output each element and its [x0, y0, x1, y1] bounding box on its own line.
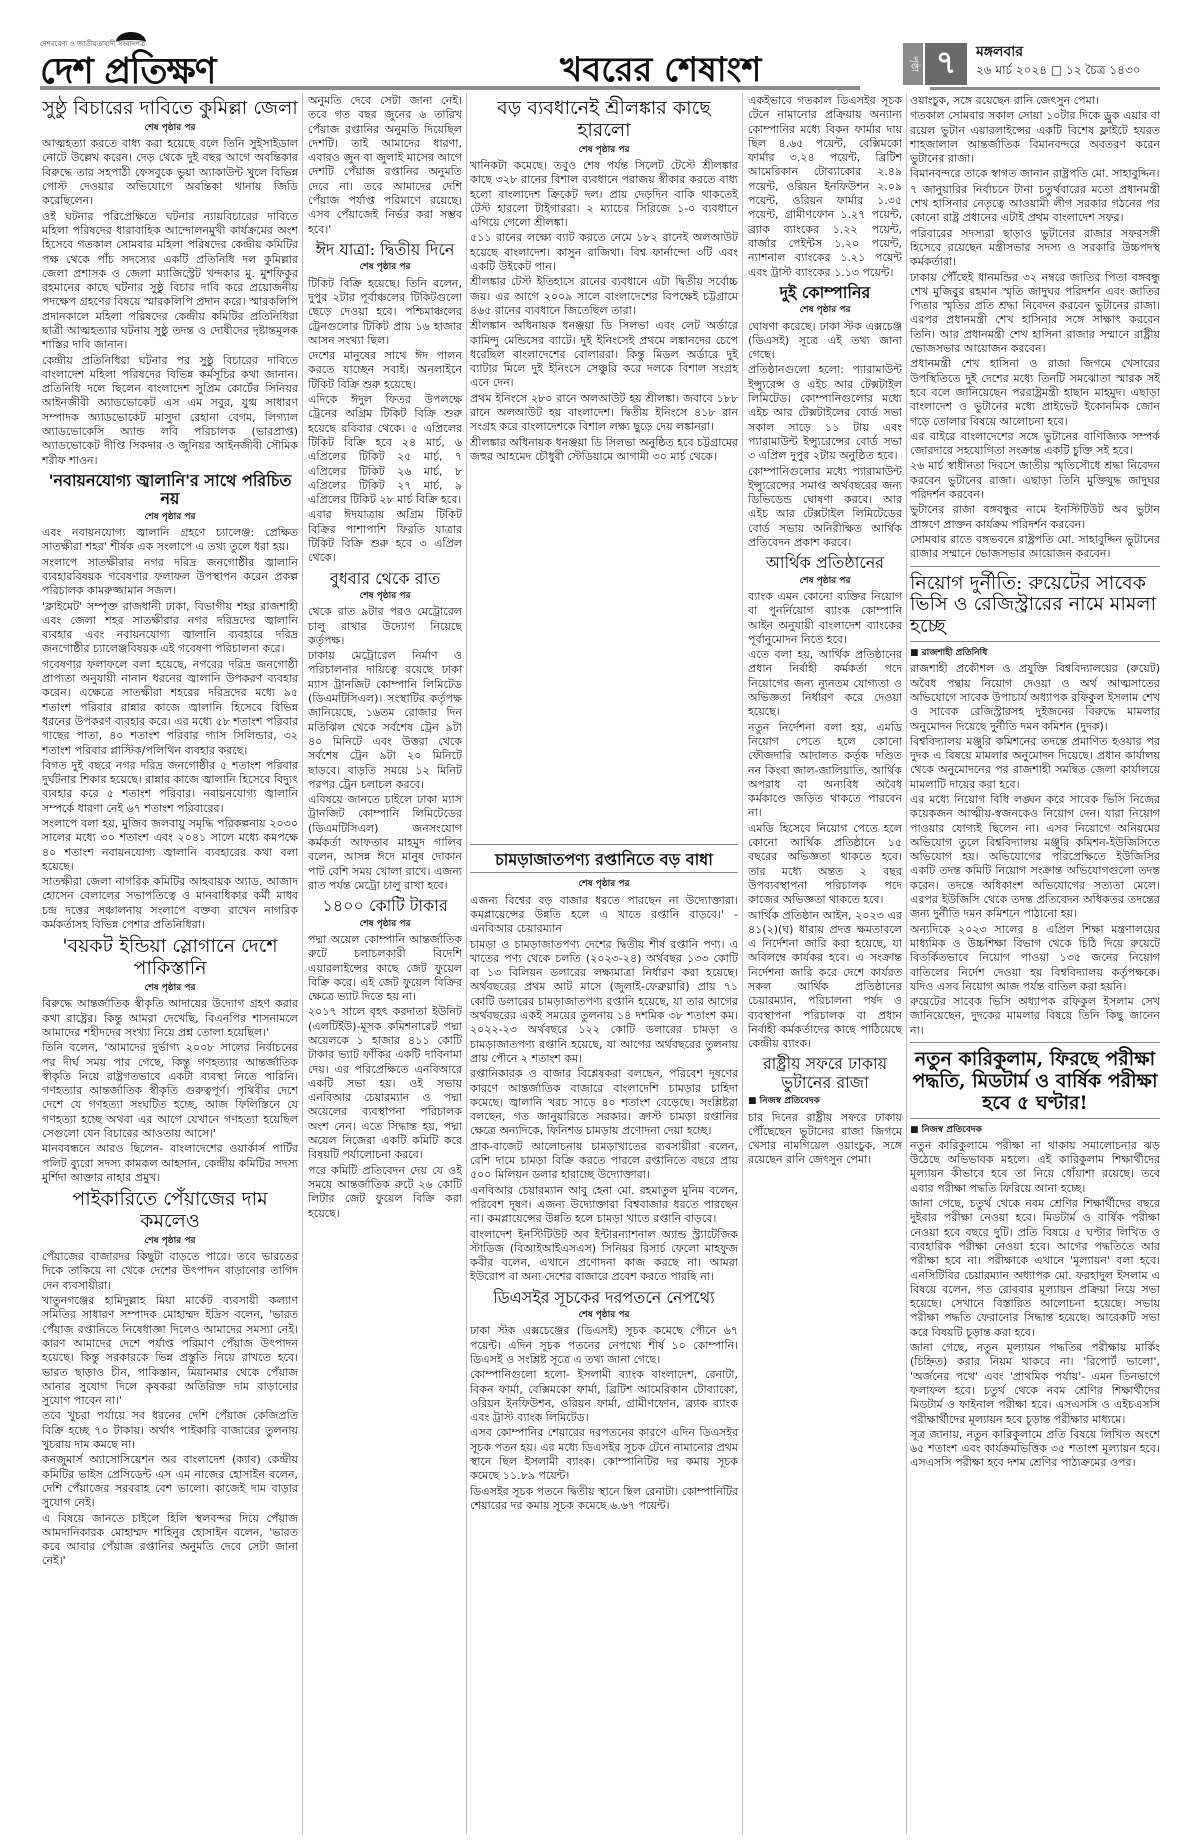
column-3-lower: চামড়াজাতপণ্য রপ্তানিতে বড় বাধা শেষ পৃষ… [470, 840, 738, 1514]
paragraph: দেশের মানুষের সাথে ঈদ পালন করতে যাচ্ছেন … [308, 349, 462, 392]
article-two-companies: দুই কোম্পানির শেষ পৃষ্ঠার পর ঘোষণা করেছে… [748, 284, 902, 550]
paragraph: প্রতিষ্ঠানগুলো হলো: প্যারামাউন্ট ইন্স্যু… [748, 363, 902, 463]
paragraph: আত্মহত্যা করতে বাধ্য করা হয়েছে বলে তিনি… [42, 137, 298, 208]
issue-date: ২৬ মার্চ ২০২৪ □ ১২ চৈত্র ১৪৩০ [976, 62, 1141, 82]
continued-label: শেষ পৃষ্ঠার পর [308, 260, 462, 274]
paragraph: মানববন্ধনে আরও ছিলেন- বাংলাদেশের ওয়ার্ক… [42, 1142, 298, 1185]
paragraph: ওই ঘটনার পরিপ্রেক্ষিতে ঘটনার ন্যায়বিচার… [42, 210, 298, 353]
column-divider [906, 94, 907, 1834]
paragraph: এতে বলা হয়, আর্থিক প্রতিষ্ঠানের প্রধান … [748, 648, 902, 719]
paragraph: এর বাইরে বাংলাদেশের সঙ্গে ভুটানের বাণিজ্… [910, 430, 1160, 459]
paragraph: একইভাবে গতকাল ডিএসইর সূচক টেনে নামানোর প… [748, 94, 902, 280]
headline[interactable]: 'নবায়নযোগ্য জ্বালানি'র সাথে পরিচিত নয় [42, 472, 298, 509]
paragraph: সাতক্ষীরা জেলা নাগরিক কমিটির আহবায়ক অ্য… [42, 875, 298, 932]
headline-box: চামড়াজাতপণ্য রপ্তানিতে বড় বাধা [470, 844, 738, 873]
article-eid: ঈদ যাত্রা: দ্বিতীয় দিনে শেষ পৃষ্ঠার পর … [308, 241, 462, 566]
masthead-rule-right [930, 87, 1160, 90]
paragraph: রপ্তানিকারক ও বাজার বিশ্লেষকরা বলছেন, পর… [470, 1067, 738, 1138]
article-boycott: 'বয়কট ইন্ডিয়া স্লোগানে দেশে পাকিস্তানি… [42, 936, 298, 1185]
paragraph: খানিকটা কমেছে। তবুও শেষ পর্যন্ত সিলেট টে… [470, 159, 738, 230]
paragraph: এর মধ্যে নিয়োগ বিধি লঙ্ঘন করে সাবেক ভিস… [910, 793, 1160, 922]
headline[interactable]: বুধবার থেকে রাত [308, 570, 462, 588]
headline[interactable]: রাষ্ট্রীয় সফরে ঢাকায় ভুটানের রাজা [748, 1055, 902, 1092]
paragraph: বিমানবন্দরে তাকে স্বাগত জানান রাষ্ট্রপতি… [910, 167, 1160, 181]
paragraph: বিশ্ববিদ্যালয় মঞ্জুরি কমিশনের তদন্তে প্… [910, 735, 1160, 792]
continued-label: শেষ পৃষ্ঠার পর [308, 917, 462, 931]
paragraph: বাংলাদেশ ইনস্টিটিউট অব ইন্টারন্যাশনাল অ্… [470, 1228, 738, 1285]
masthead-rule-left [40, 86, 530, 90]
paragraph: কোম্পানিগুলো হলো- ইসলামী ব্যাংক বাংলাদেশ… [470, 1368, 738, 1425]
paragraph: পরিবারের সদস্যরা ছাড়াও ভুটানের রাজার সফ… [910, 227, 1160, 270]
headline[interactable]: নিয়োগ দুর্নীতি: রুয়েটের সাবেক ভিসি ও র… [910, 573, 1160, 639]
headline[interactable]: আর্থিক প্রতিষ্ঠানের [748, 554, 902, 572]
paragraph: প্রথম ইনিংসে ২৮০ রানে অলআউট হয় শ্রীলঙ্ক… [470, 392, 738, 435]
masthead: দেশবরেণ্য ও জাতীয়তাবাদী সংবাদপত্র দেশ প… [40, 38, 1160, 86]
paragraph: এ বিষয়ে জানতে চাইলে হিলি স্থলবন্দর দিয়… [42, 1512, 298, 1569]
paragraph: এমডি হিসেবে নিয়োগ পেতে হলে কোনো আর্থিক … [748, 822, 902, 908]
article-dse-continued: একইভাবে গতকাল ডিএসইর সূচক টেনে নামানোর প… [748, 94, 902, 280]
paragraph: সূত্র জানায়, নতুন কারিকুলামে প্রতি বিষয… [910, 1428, 1160, 1471]
headline[interactable]: ডিএসইর সূচকের দরপতনে নেপথ্যে [470, 1289, 738, 1307]
column-divider [302, 94, 303, 1834]
issue-day: মঙ্গলবার [976, 40, 1023, 64]
paragraph: নতুন কারিকুলামে পরীক্ষা না থাকায় সমালোচ… [910, 1139, 1160, 1196]
column-4: একইভাবে গতকাল ডিএসইর সূচক টেনে নামানোর প… [748, 94, 902, 1169]
paragraph: এজন্য বিশ্বের বড় বাজার ধরতে পারছেন না উ… [470, 894, 738, 937]
column-divider [466, 94, 467, 1834]
article-onion: পাইকারিতে পেঁয়াজের দাম কমলেও শেষ পৃষ্ঠা… [42, 1189, 298, 1569]
continued-label: শেষ পৃষ্ঠার পর [470, 143, 738, 157]
paragraph: জানা গেছে, চতুর্থ থেকে নবম শ্রেণির শিক্ষ… [910, 1197, 1160, 1340]
paragraph: বিরুদ্ধে আন্তর্জাতিক স্বীকৃতি আদায়ের উদ… [42, 997, 298, 1040]
paragraph: বিগত দুই বছরে নগর দরিদ্র জনগোষ্ঠীর ৫ শতা… [42, 759, 298, 816]
column-2: অনুমতি দেবে সেটা জানা নেই। তবে গত বছর জু… [308, 94, 462, 1222]
article-ruet: নিয়োগ দুর্নীতি: রুয়েটের সাবেক ভিসি ও র… [910, 566, 1160, 1039]
paragraph: অন্যদিকে ২০২৩ সালের ৪ এপ্রিল শিক্ষা মন্ত… [910, 923, 1160, 994]
byline: নিজস্ব প্রতিবেদক [748, 1094, 902, 1108]
continued-label: শেষ পৃষ্ঠার পর [470, 877, 738, 891]
column-3: এজন্য বিশ্বের বড় বাজার ধরতে পারছেন না উ… [470, 94, 738, 465]
headline[interactable]: ঈদ যাত্রা: দ্বিতীয় দিনে [308, 241, 462, 259]
paragraph: ঢাকা স্টক এক্সচেঞ্জের (ডিএসই) সূচক কমেছে… [470, 1324, 738, 1367]
continued-label: শেষ পৃষ্ঠার পর [748, 303, 902, 317]
paragraph: ব্যাংক এমন কোনো ব্যক্তির নিয়োগ বা পুনর্… [748, 590, 902, 647]
paragraph: কেন্দ্রীয় প্রতিনিধিরা ঘটনার পর সুষ্ঠু ব… [42, 354, 298, 468]
paragraph: সংলাপে সাতক্ষীরার নগর দরিদ্র জনগোষ্ঠীর জ… [42, 556, 298, 599]
continued-label: শেষ পৃষ্ঠার পর [748, 574, 902, 588]
paragraph: গবেষণার ফলাফলে বলা হয়েছে, নগরের দরিদ্র … [42, 658, 298, 758]
headline[interactable]: পাইকারিতে পেঁয়াজের দাম কমলেও [42, 1189, 298, 1233]
byline: রাজশাহী প্রতিনিধি [910, 646, 1160, 660]
headline[interactable]: চামড়াজাতপণ্য রপ্তানিতে বড় বাধা [470, 851, 738, 869]
paragraph: 'ক্লাইমেট' সম্পৃক্ত রাজধানী ঢাকা, বিভাগী… [42, 600, 298, 657]
paragraph: ঢাকায় মেট্রোরেল নির্মাণ ও পরিচালনার দায… [308, 649, 462, 792]
paragraph: আর্থিক প্রতিষ্ঠান আইন, ২০২৩ এর ৪১(২)(ঘ) … [748, 909, 902, 1052]
paragraph: এসব কোম্পানির শেয়ারের দরপতনের কারণে এদি… [470, 1426, 738, 1483]
continued-label: শেষ পৃষ্ঠার পর [470, 1308, 738, 1322]
headline[interactable]: 'বয়কট ইন্ডিয়া স্লোগানে দেশে পাকিস্তানি [42, 936, 298, 980]
continued-label: শেষ পৃষ্ঠার পর [42, 1234, 298, 1248]
masthead-rule-mid [530, 86, 860, 90]
paragraph: কোম্পানিগুলোর মধ্যে প্যারামাউন্ট ইন্স্যু… [748, 465, 902, 551]
paragraph: অনুমতি দেবে সেটা জানা নেই। তবে গত বছর জু… [308, 94, 462, 237]
paragraph: ওয়াংচুক, সঙ্গে রয়েছেন রানি জেৎসুন পেমা… [910, 94, 1160, 108]
paragraph: রুয়েটের সাবেক ভিসি অধ্যাপক রফিকুল ইসলাম… [910, 995, 1160, 1038]
paragraph: খাতুনগঞ্জের হামিদুল্লাহ মিয়া মার্কেট ব্… [42, 1294, 298, 1408]
paragraph: টিকিট বিক্রি হয়েছে। তিনি বলেন, দুপুর ২ট… [308, 277, 462, 348]
article-bhutan-continued: ওয়াংচুক, সঙ্গে রয়েছেন রানি জেৎসুন পেমা… [910, 94, 1160, 562]
headline[interactable]: নতুন কারিকুলাম, ফিরছে পরীক্ষা পদ্ধতি, মি… [910, 1049, 1160, 1115]
headline[interactable]: দুই কোম্পানির [748, 284, 902, 302]
paragraph: পরে কমিটি প্রতিবেদন দেয় যে ওই সময়ে আন্… [308, 1164, 462, 1221]
paragraph: পদ্মা অয়েল কোম্পানি আন্তর্জাতিক রুটে চল… [308, 933, 462, 1004]
paragraph: ঘোষণা করেছে। ঢাকা স্টক এক্সচেঞ্জ (ডিএসই)… [748, 320, 902, 363]
headline-box: নতুন কারিকুলাম, ফিরছে পরীক্ষা পদ্ধতি, মি… [910, 1042, 1160, 1119]
article-leather: চামড়াজাতপণ্য রপ্তানিতে বড় বাধা শেষ পৃষ… [470, 844, 738, 1285]
column-divider [742, 94, 743, 1834]
continued-label: শেষ পৃষ্ঠার পর [42, 121, 298, 135]
paragraph: শ্রীলঙ্কার অধিনায়ক ধনঞ্জয়া ডি সিলভা অন… [470, 436, 738, 465]
article-metro: বুধবার থেকে রাত শেষ পৃষ্ঠার পর থেকে রাত … [308, 570, 462, 894]
headline[interactable]: সুষ্ঠু বিচারের দাবিতে কুমিল্লা জেলা [42, 98, 298, 120]
page-number: ৭ [925, 43, 967, 85]
paragraph: সোমবার রাতে বঙ্গভবনে রাষ্ট্রপতি মো. সাহা… [910, 533, 1160, 562]
paragraph: ভুটানের রাজা বঙ্গবন্ধুর নামে ইনস্টিটিউট … [910, 503, 1160, 532]
paragraph: শ্রীলঙ্কার টেস্ট ইতিহাসে রানের ব্যবধানে … [470, 275, 738, 318]
paragraph: নতুন নির্দেশনা বলা হয়, এমডি নিয়োগ পেতে… [748, 721, 902, 821]
continued-label: শেষ পৃষ্ঠার পর [308, 589, 462, 603]
headline-box: নিয়োগ দুর্নীতি: রুয়েটের সাবেক ভিসি ও র… [910, 566, 1160, 643]
byline: নিজস্ব প্রতিবেদক [910, 1123, 1160, 1137]
paragraph: তবে খুচরা পর্যায়ে সব ধরনের দেশি পেঁয়াজ… [42, 1409, 298, 1452]
column-5: ওয়াংচুক, সঙ্গে রয়েছেন রানি জেৎসুন পেমা… [910, 94, 1160, 1472]
article-srilanka: এজন্য বিশ্বের বড় বাজার ধরতে পারছেন না উ… [470, 98, 738, 464]
paragraph: প্রাক-বাজেট আলোচনায় চামড়াখাতের ব্যবসায… [470, 1140, 738, 1183]
paragraph: প্রধানমন্ত্রী শেখ হাসিনা ও রাজা জিগমে খে… [910, 357, 1160, 428]
paragraph: পেঁয়াজের বাজারদর কিছুটা বাড়তে পারে। তব… [42, 1250, 298, 1293]
paragraph: রাজশাহী প্রকৌশল ও প্রযুক্তি বিশ্ববিদ্যাল… [910, 662, 1160, 733]
article-comilla: সুষ্ঠু বিচারের দাবিতে কুমিল্লা জেলা শেষ … [42, 98, 298, 468]
section-title: খবরের শেষাংশ [560, 44, 761, 101]
continued-label: শেষ পৃষ্ঠার পর [42, 510, 298, 524]
continued-label: শেষ পৃষ্ঠার পর [42, 981, 298, 995]
column-1: সুষ্ঠু বিচারের দাবিতে কুমিল্লা জেলা শেষ … [42, 94, 298, 1570]
paragraph: তিনি বলেন, 'আমাদের দুর্ভাগ্য ২০০৮ সালের … [42, 1041, 298, 1141]
paragraph: এবার ঈদযাত্রায় অগ্রিম টিকিট বিক্রির পাশ… [308, 508, 462, 565]
paragraph: থেকে রাত ৯টার পরও মেট্রোরেল চালু রাখার উ… [308, 605, 462, 648]
paragraph: চার দিনের রাষ্ট্রীয় সফরে ঢাকায় পৌঁছেছে… [748, 1111, 902, 1168]
headline[interactable]: ১৪০০ কোটি টাকার [308, 897, 462, 915]
headline[interactable]: বড় ব্যবধানেই শ্রীলঙ্কার কাছে হারলো [470, 98, 738, 142]
paragraph: চামড়া ও চামড়াজাতপণ্য দেশের দ্বিতীয় শী… [470, 938, 738, 1067]
paragraph: কনজুমার্স অ্যাসোসিয়েশন অব বাংলাদেশ (ক্য… [42, 1453, 298, 1510]
paragraph: জানা গেছে, নতুন মূল্যায়ন পদ্ধতির পরীক্ষ… [910, 1341, 1160, 1427]
paragraph: ৫১১ রানের লক্ষ্যে ব্যাট করতে নেমে ১৮২ রা… [470, 231, 738, 274]
paragraph: শ্রীলঙ্কান অধিনায়ক ধনঞ্জয়া ডি সিলভা এব… [470, 319, 738, 390]
article-bhutan: রাষ্ট্রীয় সফরে ঢাকায় ভুটানের রাজা নিজস… [748, 1055, 902, 1167]
article-fuel: 'নবায়নযোগ্য জ্বালানি'র সাথে পরিচিত নয় … [42, 472, 298, 932]
paragraph: এবং নবায়নযোগ্য জ্বালানি গ্রহণে চ্যালেঞ্… [42, 526, 298, 555]
paragraph: ২০১৭ সালে বৃহৎ করদাতা ইউনিট (এলটিইউ)-মূস… [308, 1005, 462, 1162]
article-onion-continued: অনুমতি দেবে সেটা জানা নেই। তবে গত বছর জু… [308, 94, 462, 237]
article-dse: ডিএসইর সূচকের দরপতনে নেপথ্যে শেষ পৃষ্ঠার… [470, 1289, 738, 1514]
paragraph: ডিএসইর সূচক পতনে দ্বিতীয় স্থানে ছিল রেন… [470, 1485, 738, 1514]
article-vat: ১৪০০ কোটি টাকার শেষ পৃষ্ঠার পর পদ্মা অয়… [308, 897, 462, 1221]
paragraph: এনবিআর চেয়ারম্যান আবু হেনা মো. রহমাতুল … [470, 1184, 738, 1227]
paragraph: এবিষয়ে জানতে চাইলে ঢাকা ম্যাস ট্রানজিট … [308, 793, 462, 893]
page-label: পৃষ্ঠা [903, 43, 923, 85]
paragraph: গতকাল সোমবার সকাল সোয়া ১০টার দিকে ড্রুক… [910, 109, 1160, 166]
paragraph: ২৬ মার্চ স্বাধীনতা দিবসে জাতীয় স্মৃতিসৌ… [910, 459, 1160, 502]
paragraph: ঢাকায় পৌঁছেই ধানমন্ডির ৩২ নম্বরে জাতির … [910, 271, 1160, 357]
paragraph: ৭ জানুয়ারির নির্বাচনে টানা চতুর্থবারের … [910, 183, 1160, 226]
article-financial: আর্থিক প্রতিষ্ঠানের শেষ পৃষ্ঠার পর ব্যাং… [748, 554, 902, 1051]
paragraph: এদিকে ঈদুল ফিতর উপলক্ষে ট্রেনের অগ্রিম ট… [308, 393, 462, 507]
paragraph: সংলাপে বলা হয়, মুজিব জলবায়ু সমৃদ্ধি পর… [42, 817, 298, 874]
article-exam: নতুন কারিকুলাম, ফিরছে পরীক্ষা পদ্ধতি, মি… [910, 1042, 1160, 1471]
